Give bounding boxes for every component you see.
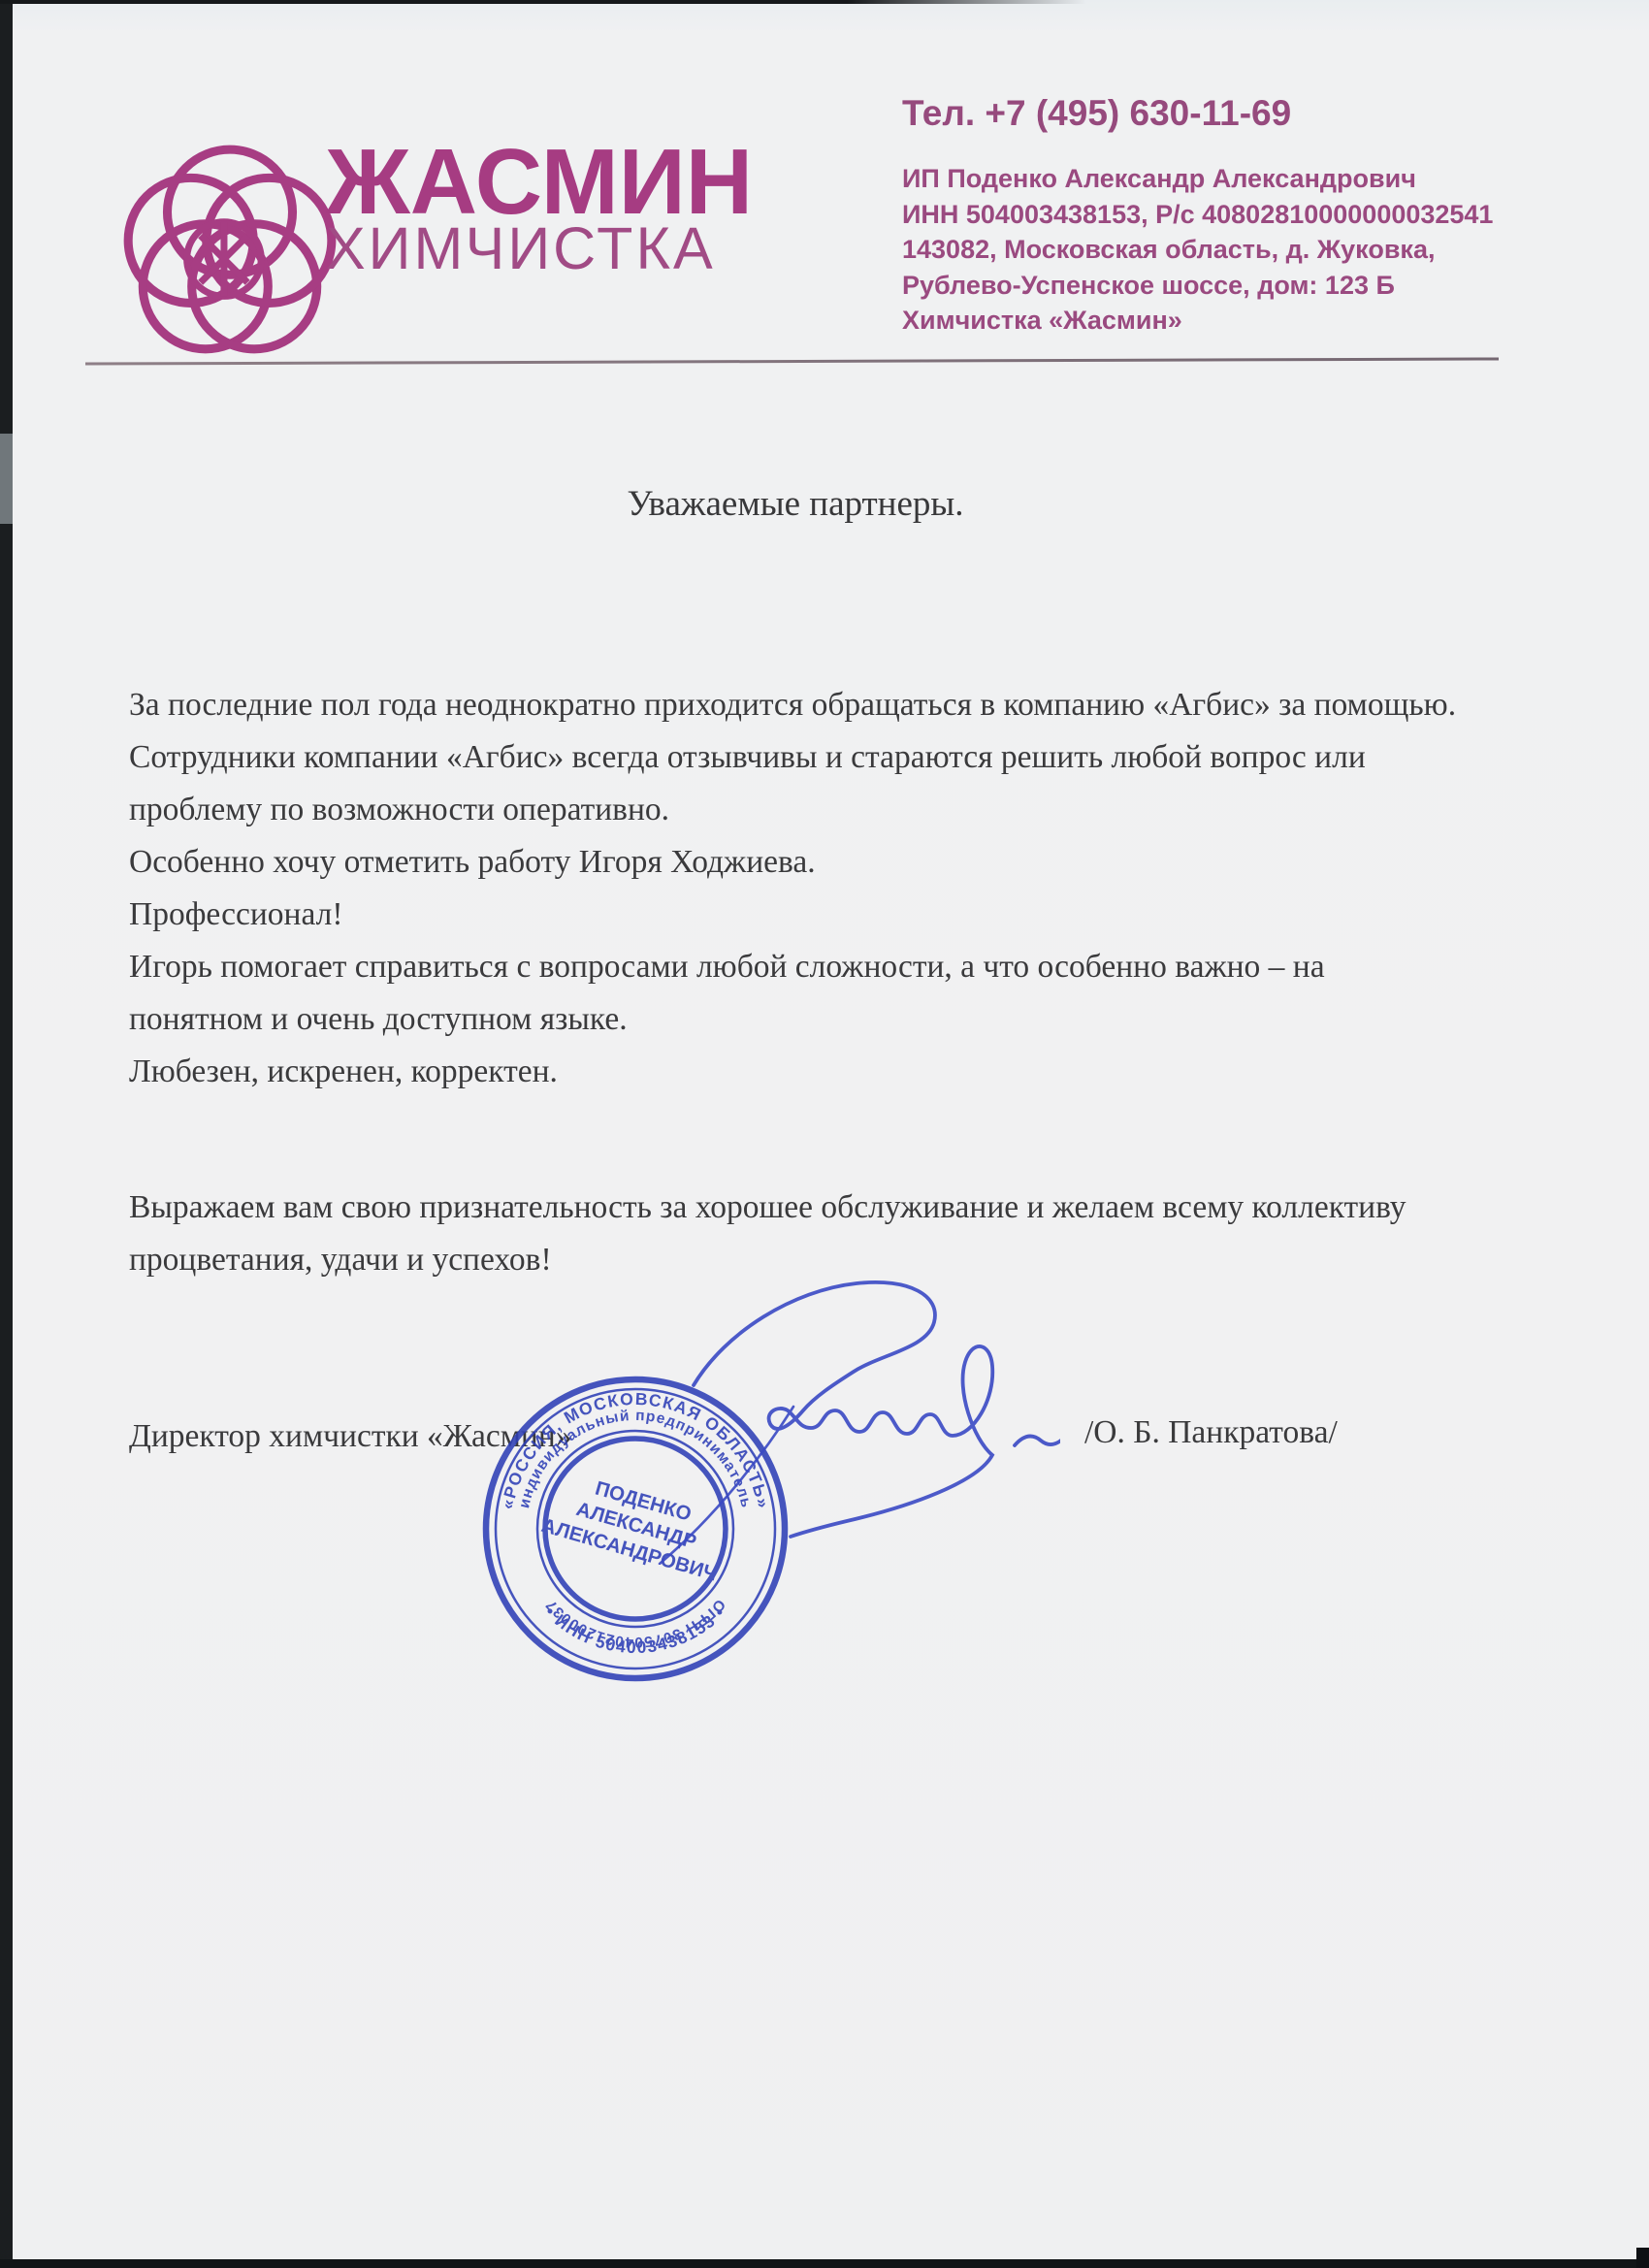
paragraph: Игорь помогает справиться с вопросами лю…: [129, 941, 1460, 1046]
scan-edge-left: [0, 0, 13, 2268]
scan-edge-corner: [1636, 2248, 1649, 2268]
paragraph: Профессионал!: [129, 889, 1460, 941]
header-contact-block: ИП Поденко Александр Александрович ИНН 5…: [902, 161, 1493, 339]
salutation: Уважаемые партнеры.: [0, 483, 1591, 525]
signature-name: /О. Б. Панкратова/: [1084, 1414, 1338, 1451]
letter-body: За последние пол года неоднократно прихо…: [129, 679, 1460, 1098]
contact-line: ИНН 504003438153, Р/с 408028100000000325…: [902, 197, 1493, 233]
handwritten-signature: [599, 1230, 1060, 1565]
paragraph: За последние пол года неоднократно прихо…: [129, 679, 1460, 731]
brand-subtitle: ХИМЧИСТКА: [326, 217, 716, 279]
contact-line: Химчистка «Жасмин»: [902, 303, 1493, 339]
contact-line: Рублево-Успенское шоссе, дом: 123 Б: [902, 268, 1493, 304]
paragraph: Особенно хочу отметить работу Игоря Ходж…: [129, 836, 1460, 889]
paragraph: Сотрудники компании «Агбис» всегда отзыв…: [129, 731, 1460, 836]
contact-line: ИП Поденко Александр Александрович: [902, 161, 1493, 197]
contact-line: 143082, Московская область, д. Жуковка,: [902, 232, 1493, 268]
scan-edge-top: [0, 0, 1086, 4]
header-phone: Тел. +7 (495) 630-11-69: [902, 93, 1291, 134]
scanned-letter-page: ЖАСМИН ХИМЧИСТКА Тел. +7 (495) 630-11-69…: [0, 0, 1649, 2268]
stamp-ring-text: ОГРН 307504021200037: [542, 1596, 727, 1650]
jasmine-rose-logo-icon: [109, 132, 351, 374]
scan-edge-bottom: [0, 2259, 1649, 2268]
paragraph: Любезен, искренен, корректен.: [129, 1046, 1460, 1098]
